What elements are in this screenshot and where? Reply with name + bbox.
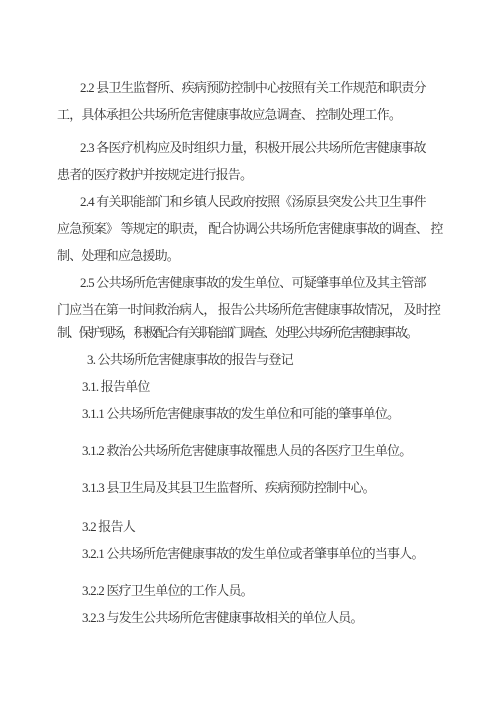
text-line: 2.3 各医疗机构应及时组织力量，积极开展公共场所危害健康事故	[80, 138, 470, 157]
document-page: 2.2 县卫生监督所、疾病预防控制中心按照有关工作规范和职责分工，具体承担公共场…	[0, 0, 500, 708]
text-line: 2.5 公共场所危害健康事故的发生单位、可疑肇事单位及其主管部	[80, 273, 470, 292]
text-line: 2.2 县卫生监督所、疾病预防控制中心按照有关工作规范和职责分	[80, 78, 470, 97]
text-line: 3.1.1 公共场所危害健康事故的发生单位和可能的肇事单位。	[82, 404, 470, 423]
text-line: 制、保护现场， 积极配合有关职能部门调查、 处理公共场所危害健康事 故。	[57, 323, 470, 342]
text-line: 3.1. 报告单位	[82, 377, 470, 396]
text-line: 3.2.2 医疗卫生单位的工作人员。	[82, 581, 470, 600]
text-line: 患者的医疗救护并按规定进行报告。	[57, 165, 470, 184]
text-line: 3.1.3 县卫生局及其县卫生监督所、疾病预防控制中心。	[82, 478, 470, 497]
text-line: 工，具体承担公共场所危害健康事故应急调查、 控制处理工作。	[57, 105, 470, 124]
text-line: 3.2.3 与发生公共场所危害健康事故相关的单位人员。	[82, 608, 470, 627]
text-line: 3.1.2 救治公共场所危害健康事故罹患人员的各医疗卫生单位。	[82, 441, 470, 460]
text-line: 2.4 有关职能部门和乡镇人民政府按照《汤原县突发公共卫生事件	[80, 192, 470, 211]
document-body: 2.2 县卫生监督所、疾病预防控制中心按照有关工作规范和职责分工，具体承担公共场…	[57, 78, 470, 627]
text-line: 3.2 报告人	[82, 517, 470, 536]
text-line: 3. 公共场所危害健康事故的报告与登记	[87, 350, 470, 369]
text-line: 制、处理和应急援助。	[57, 246, 470, 265]
text-line: 门应当在第一时间救治病人， 报告公共场所危害健康事故情况， 及时控	[57, 300, 470, 319]
text-line: 3.2.1 公共场所危害健康事故的发生单位或者肇事单位的当事人。	[82, 544, 470, 563]
text-line: 应急预案》 等规定的职责， 配合协调公共场所危害健康事故的调查、 控	[57, 219, 470, 238]
